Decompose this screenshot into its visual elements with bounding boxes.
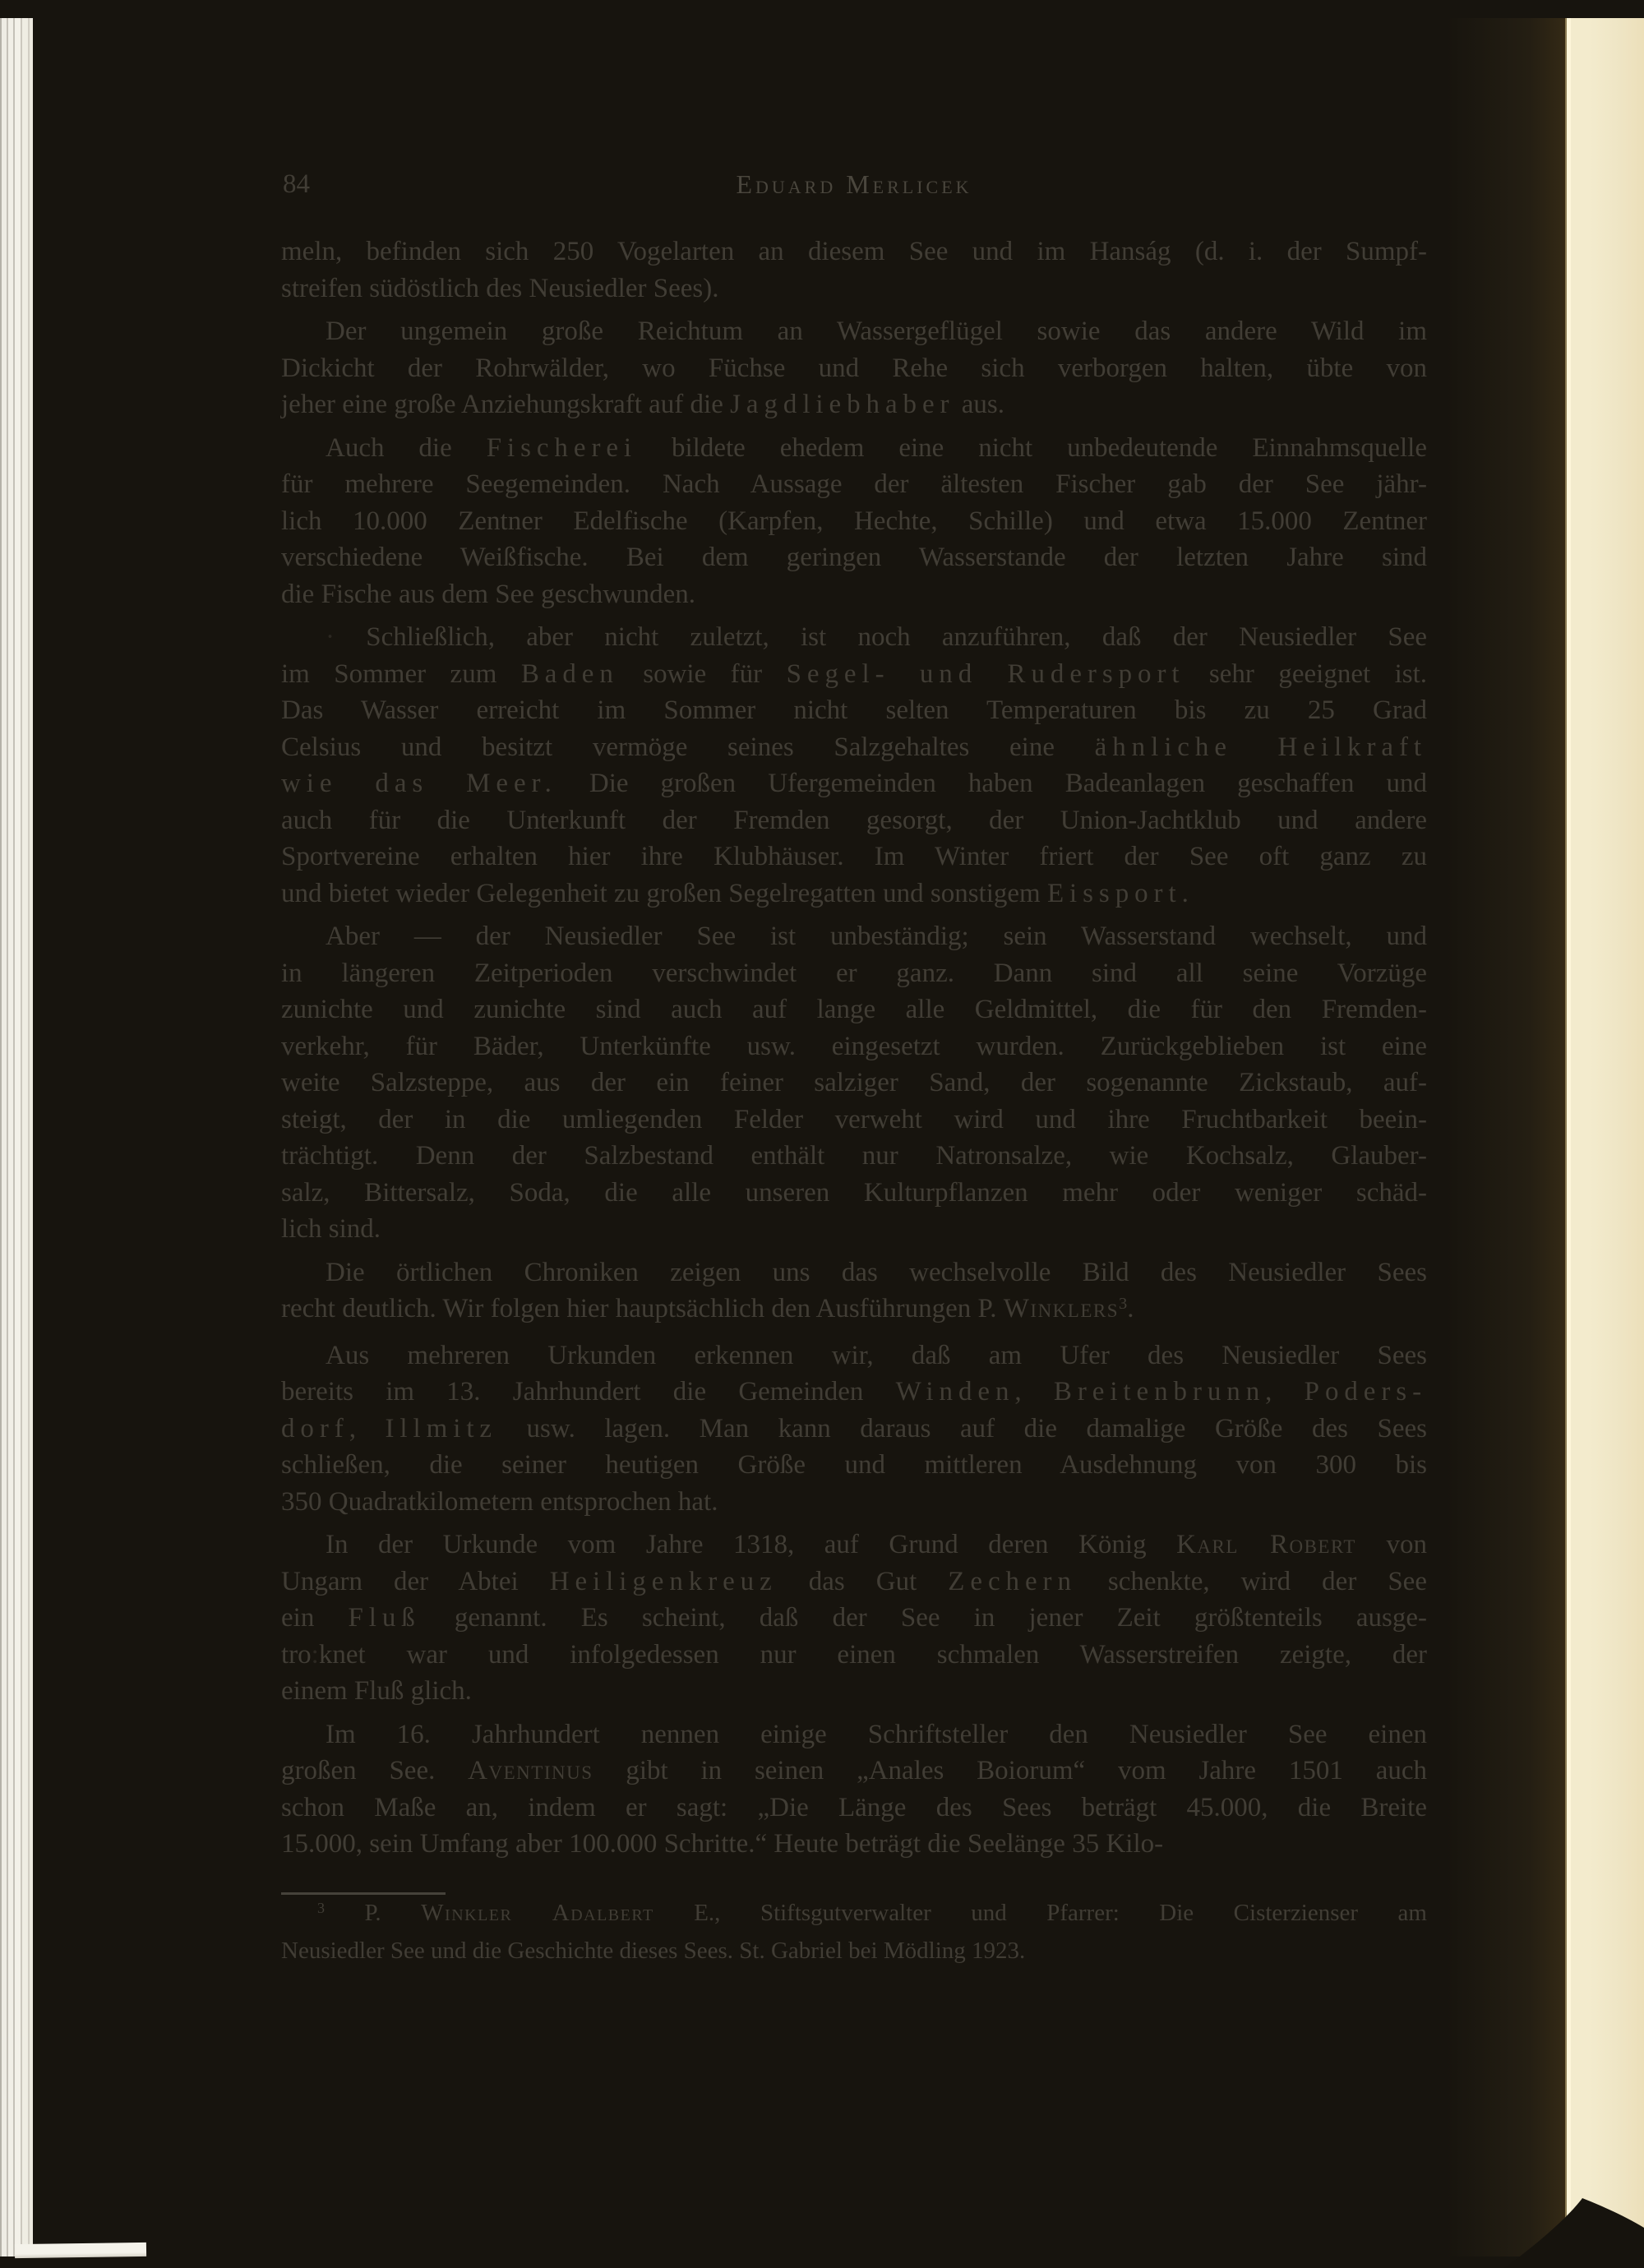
- text-segment: Fluß: [348, 1603, 420, 1633]
- text-segment: Winkler Adalbert: [421, 1900, 654, 1926]
- gutter-corner-shadow: [1480, 2180, 1644, 2268]
- text-line: Das Wasser erreicht im Sommer nicht selt…: [281, 692, 1427, 729]
- text-segment: trächtigt. Denn der Salzbestand enthält …: [281, 1141, 1427, 1171]
- text-segment: in längeren Zeitperioden verschwindet er…: [281, 958, 1427, 988]
- text-line: verschiedene Weißfische. Bei dem geringe…: [281, 539, 1427, 576]
- text-segment: verschiedene Weißfische. Bei dem geringe…: [281, 543, 1427, 572]
- text-segment: Neusiedler See und die Geschichte dieses…: [281, 1938, 1025, 1964]
- text-segment: weite Salzsteppe, aus der ein feiner sal…: [281, 1068, 1427, 1097]
- text-segment: Aus mehreren Urkunden erkennen wir, daß …: [326, 1341, 1427, 1370]
- text-segment: einem Fluß glich.: [281, 1676, 472, 1706]
- text-segment: verkehr, für Bäder, Unterkünfte usw. ein…: [281, 1032, 1427, 1061]
- text-segment: knet war und infolgedessen nur einen sch…: [319, 1640, 1427, 1670]
- text-line: in längeren Zeitperioden verschwindet er…: [281, 955, 1427, 992]
- text-line: wie das Meer. Die großen Ufergemeinden h…: [281, 765, 1427, 802]
- text-segment: Heiligenkreuz: [550, 1567, 778, 1596]
- text-line: 3 P. Winkler Adalbert E., Stiftsgutverwa…: [281, 1896, 1427, 1933]
- text-line: trächtigt. Denn der Salzbestand enthält …: [281, 1138, 1427, 1175]
- gutter-shadow: [1447, 18, 1565, 2256]
- text-segment: zunichte und zunichte sind auch auf lang…: [281, 995, 1427, 1024]
- text-segment: lich sind.: [281, 1214, 381, 1244]
- text-line: Der ungemein große Reichtum an Wassergef…: [281, 313, 1427, 350]
- text-line: für mehrere Seegemeinden. Nach Aussage d…: [281, 466, 1427, 503]
- text-segment: Das Wasser erreicht im Sommer nicht selt…: [281, 695, 1427, 725]
- text-segment: Im 16. Jahrhundert nennen einige Schrift…: [326, 1720, 1427, 1749]
- text-segment: im Sommer zum: [281, 659, 521, 689]
- text-line: auch für die Unterkunft der Fremden geso…: [281, 802, 1427, 839]
- text-line: bereits im 13. Jahrhundert die Gemeinden…: [281, 1374, 1427, 1411]
- text-segment: großen See.: [281, 1756, 468, 1785]
- text-segment: Zechern: [948, 1567, 1077, 1596]
- text-segment: die Fische aus dem See geschwunden.: [281, 580, 695, 609]
- text-segment: ein: [281, 1603, 348, 1633]
- text-line: Dickicht der Rohrwälder, wo Füchse und R…: [281, 350, 1427, 387]
- text-line: steigt, der in die umliegenden Felder ve…: [281, 1102, 1427, 1139]
- text-line: Die örtlichen Chroniken zeigen uns das w…: [281, 1254, 1427, 1291]
- text-line: Auch die Fischerei bildete ehedem eine n…: [281, 430, 1427, 467]
- text-segment: auch für die Unterkunft der Fremden geso…: [281, 806, 1427, 835]
- page-number: 84: [283, 166, 310, 202]
- text-segment: 15.000, sein Umfang aber 100.000 Schritt…: [281, 1829, 1163, 1859]
- text-line: großen See. Aventinus gibt in seinen „An…: [281, 1753, 1427, 1790]
- text-line: Aus mehreren Urkunden erkennen wir, daß …: [281, 1337, 1427, 1374]
- text-line: lich 10.000 Zentner Edelfische (Karpfen,…: [281, 503, 1427, 540]
- footnote-rule: [281, 1892, 446, 1895]
- text-line: recht deutlich. Wir folgen hier hauptsäc…: [281, 1291, 1427, 1331]
- text-line: schließen, die seiner heutigen Größe und…: [281, 1447, 1427, 1484]
- text-line: Neusiedler See und die Geschichte dieses…: [281, 1933, 1427, 1969]
- text-line: meln, befinden sich 250 Vogelarten an di…: [281, 233, 1427, 270]
- paragraph: Aber — der Neusiedler See ist unbeständi…: [281, 918, 1427, 1248]
- text-segment: Die örtlichen Chroniken zeigen uns das w…: [326, 1258, 1427, 1287]
- text-segment: ,: [1014, 1377, 1053, 1407]
- scanned-book-spread: 84 Eduard Merlicek meln, befinden sich 2…: [0, 0, 1644, 2268]
- text-line: streifen südöstlich des Neusiedler Sees)…: [281, 270, 1427, 307]
- facing-page-sliver: [1565, 18, 1644, 2256]
- text-segment: sowie für: [619, 659, 787, 689]
- running-header-row: 84 Eduard Merlicek: [281, 166, 1427, 204]
- text-segment: Der ungemein große Reichtum an Wassergef…: [326, 316, 1427, 346]
- text-segment: das Gut: [778, 1567, 949, 1596]
- text-line: Celsius und besitzt vermöge seines Salzg…: [281, 729, 1427, 766]
- text-segment: Karl Robert: [1176, 1530, 1356, 1559]
- text-segment: ·: [326, 622, 335, 652]
- text-segment: gibt in seinen „Anales Boiorum“ vom Jahr…: [593, 1756, 1428, 1785]
- text-segment: 350 Quadratkilometern entsprochen hat.: [281, 1487, 718, 1517]
- text-segment: :: [312, 1640, 319, 1670]
- paragraph: Auch die Fischerei bildete ehedem eine n…: [281, 430, 1427, 613]
- text-segment: streifen südöstlich des Neusiedler Sees)…: [281, 274, 718, 303]
- text-segment: recht deutlich. Wir folgen hier hauptsäc…: [281, 1294, 1004, 1323]
- text-segment: schenkte, wird der See: [1077, 1567, 1427, 1596]
- text-segment: Die großen Ufergemeinden haben Badeanlag…: [557, 769, 1427, 798]
- text-segment: meln, befinden sich 250 Vogelarten an di…: [281, 237, 1427, 266]
- text-line: einem Fluß glich.: [281, 1673, 1427, 1710]
- text-segment: E., Stiftsgutverwalter und Pfarrer: Die …: [654, 1900, 1427, 1926]
- paragraph: Aus mehreren Urkunden erkennen wir, daß …: [281, 1337, 1427, 1521]
- text-segment: Celsius und besitzt vermöge seines Salzg…: [281, 732, 1095, 762]
- paragraph: In der Urkunde vom Jahre 1318, auf Grund…: [281, 1527, 1427, 1710]
- text-segment: Breitenbrunn: [1054, 1377, 1265, 1407]
- text-segment: Aventinus: [468, 1756, 593, 1785]
- text-segment: und bietet wieder Gelegenheit zu großen …: [281, 879, 1047, 908]
- text-segment: P.: [325, 1900, 421, 1926]
- text-segment: 3: [1119, 1295, 1127, 1313]
- text-segment: Ungarn der Abtei: [281, 1567, 550, 1596]
- text-segment: aus.: [954, 390, 1004, 419]
- text-segment: ,: [1265, 1377, 1304, 1407]
- text-segment: ähnliche Heilkraft: [1095, 732, 1427, 762]
- paragraph: Der ungemein große Reichtum an Wassergef…: [281, 313, 1427, 423]
- text-segment: In der Urkunde vom Jahre 1318, auf Grund…: [326, 1530, 1176, 1559]
- text-segment: Winden: [896, 1377, 1015, 1407]
- printed-page-content: 84 Eduard Merlicek meln, befinden sich 2…: [281, 0, 1427, 2268]
- text-line: zunichte und zunichte sind auch auf lang…: [281, 991, 1427, 1028]
- text-segment: lich 10.000 Zentner Edelfische (Karpfen,…: [281, 506, 1427, 536]
- text-segment: wie das Meer.: [281, 769, 557, 798]
- text-segment: schon Maße an, indem er sagt: „Die Länge…: [281, 1793, 1427, 1822]
- text-segment: Segel- und Rudersport: [787, 659, 1185, 689]
- paragraph: · Schließlich, aber nicht zuletzt, ist n…: [281, 619, 1427, 912]
- text-segment: Schließlich, aber nicht zuletzt, ist noc…: [335, 622, 1427, 652]
- text-line: salz, Bittersalz, Soda, die alle unseren…: [281, 1175, 1427, 1212]
- text-segment: bereits im 13. Jahrhundert die Gemeinden: [281, 1377, 896, 1407]
- text-line: ein Fluß genannt. Es scheint, daß der Se…: [281, 1600, 1427, 1637]
- text-line: weite Salzsteppe, aus der ein feiner sal…: [281, 1065, 1427, 1102]
- text-segment: Auch die: [326, 433, 487, 463]
- text-segment: Dickicht der Rohrwälder, wo Füchse und R…: [281, 353, 1427, 383]
- text-segment: bildete ehedem eine nicht unbedeutende E…: [637, 433, 1427, 463]
- text-segment: schließen, die seiner heutigen Größe und…: [281, 1450, 1427, 1480]
- text-segment: dorf: [281, 1414, 349, 1443]
- text-segment: tro: [281, 1640, 312, 1670]
- text-segment: genannt. Es scheint, daß der See in jene…: [421, 1603, 1427, 1633]
- text-segment: jeher eine große Anziehungskraft auf die: [281, 390, 730, 419]
- text-segment: für mehrere Seegemeinden. Nach Aussage d…: [281, 469, 1427, 499]
- text-segment: Sportvereine erhalten hier ihre Klubhäus…: [281, 842, 1427, 871]
- bottom-page-edge: [15, 2243, 146, 2258]
- text-segment: Fischerei: [487, 433, 637, 463]
- body-text: meln, befinden sich 250 Vogelarten an di…: [281, 233, 1427, 1969]
- text-segment: von: [1356, 1530, 1427, 1559]
- text-line: 15.000, sein Umfang aber 100.000 Schritt…: [281, 1826, 1427, 1863]
- running-header: Eduard Merlicek: [281, 166, 1427, 202]
- text-line: · Schließlich, aber nicht zuletzt, ist n…: [281, 619, 1427, 656]
- text-line: Ungarn der Abtei Heiligenkreuz das Gut Z…: [281, 1564, 1427, 1601]
- text-line: Sportvereine erhalten hier ihre Klubhäus…: [281, 838, 1427, 875]
- text-segment: sehr geeignet ist.: [1185, 659, 1427, 689]
- text-segment: 3: [317, 1900, 325, 1916]
- text-line: und bietet wieder Gelegenheit zu großen …: [281, 875, 1427, 912]
- text-segment: Illmitz: [386, 1414, 498, 1443]
- paragraph: meln, befinden sich 250 Vogelarten an di…: [281, 233, 1427, 307]
- text-segment: Eissport.: [1047, 879, 1194, 908]
- text-segment: Poders-: [1305, 1377, 1427, 1407]
- text-line: 350 Quadratkilometern entsprochen hat.: [281, 1484, 1427, 1521]
- text-segment: steigt, der in die umliegenden Felder ve…: [281, 1105, 1427, 1134]
- text-line: im Sommer zum Baden sowie für Segel- und…: [281, 656, 1427, 693]
- text-line: verkehr, für Bäder, Unterkünfte usw. ein…: [281, 1028, 1427, 1065]
- paragraph: Im 16. Jahrhundert nennen einige Schrift…: [281, 1716, 1427, 1863]
- text-segment: .: [1127, 1294, 1134, 1323]
- text-line: die Fische aus dem See geschwunden.: [281, 576, 1427, 613]
- text-segment: salz, Bittersalz, Soda, die alle unseren…: [281, 1178, 1427, 1208]
- page-edge-stack: [0, 18, 33, 2256]
- text-segment: ,: [349, 1414, 386, 1443]
- text-line: dorf, Illmitz usw. lagen. Man kann darau…: [281, 1411, 1427, 1448]
- text-segment: Jagdliebhaber: [730, 390, 954, 419]
- text-segment: Baden: [521, 659, 619, 689]
- text-line: Im 16. Jahrhundert nennen einige Schrift…: [281, 1716, 1427, 1753]
- text-line: jeher eine große Anziehungskraft auf die…: [281, 386, 1427, 423]
- text-segment: usw. lagen. Man kann daraus auf die dama…: [497, 1414, 1427, 1443]
- text-line: lich sind.: [281, 1211, 1427, 1248]
- text-segment: Aber — der Neusiedler See ist unbeständi…: [326, 922, 1427, 951]
- text-segment: Winklers: [1004, 1294, 1119, 1323]
- text-line: schon Maße an, indem er sagt: „Die Länge…: [281, 1790, 1427, 1827]
- text-line: tro:knet war und infolgedessen nur einen…: [281, 1637, 1427, 1674]
- paragraph: Die örtlichen Chroniken zeigen uns das w…: [281, 1254, 1427, 1331]
- text-line: In der Urkunde vom Jahre 1318, auf Grund…: [281, 1527, 1427, 1564]
- text-line: Aber — der Neusiedler See ist unbeständi…: [281, 918, 1427, 955]
- footnote: 3 P. Winkler Adalbert E., Stiftsgutverwa…: [281, 1896, 1427, 1969]
